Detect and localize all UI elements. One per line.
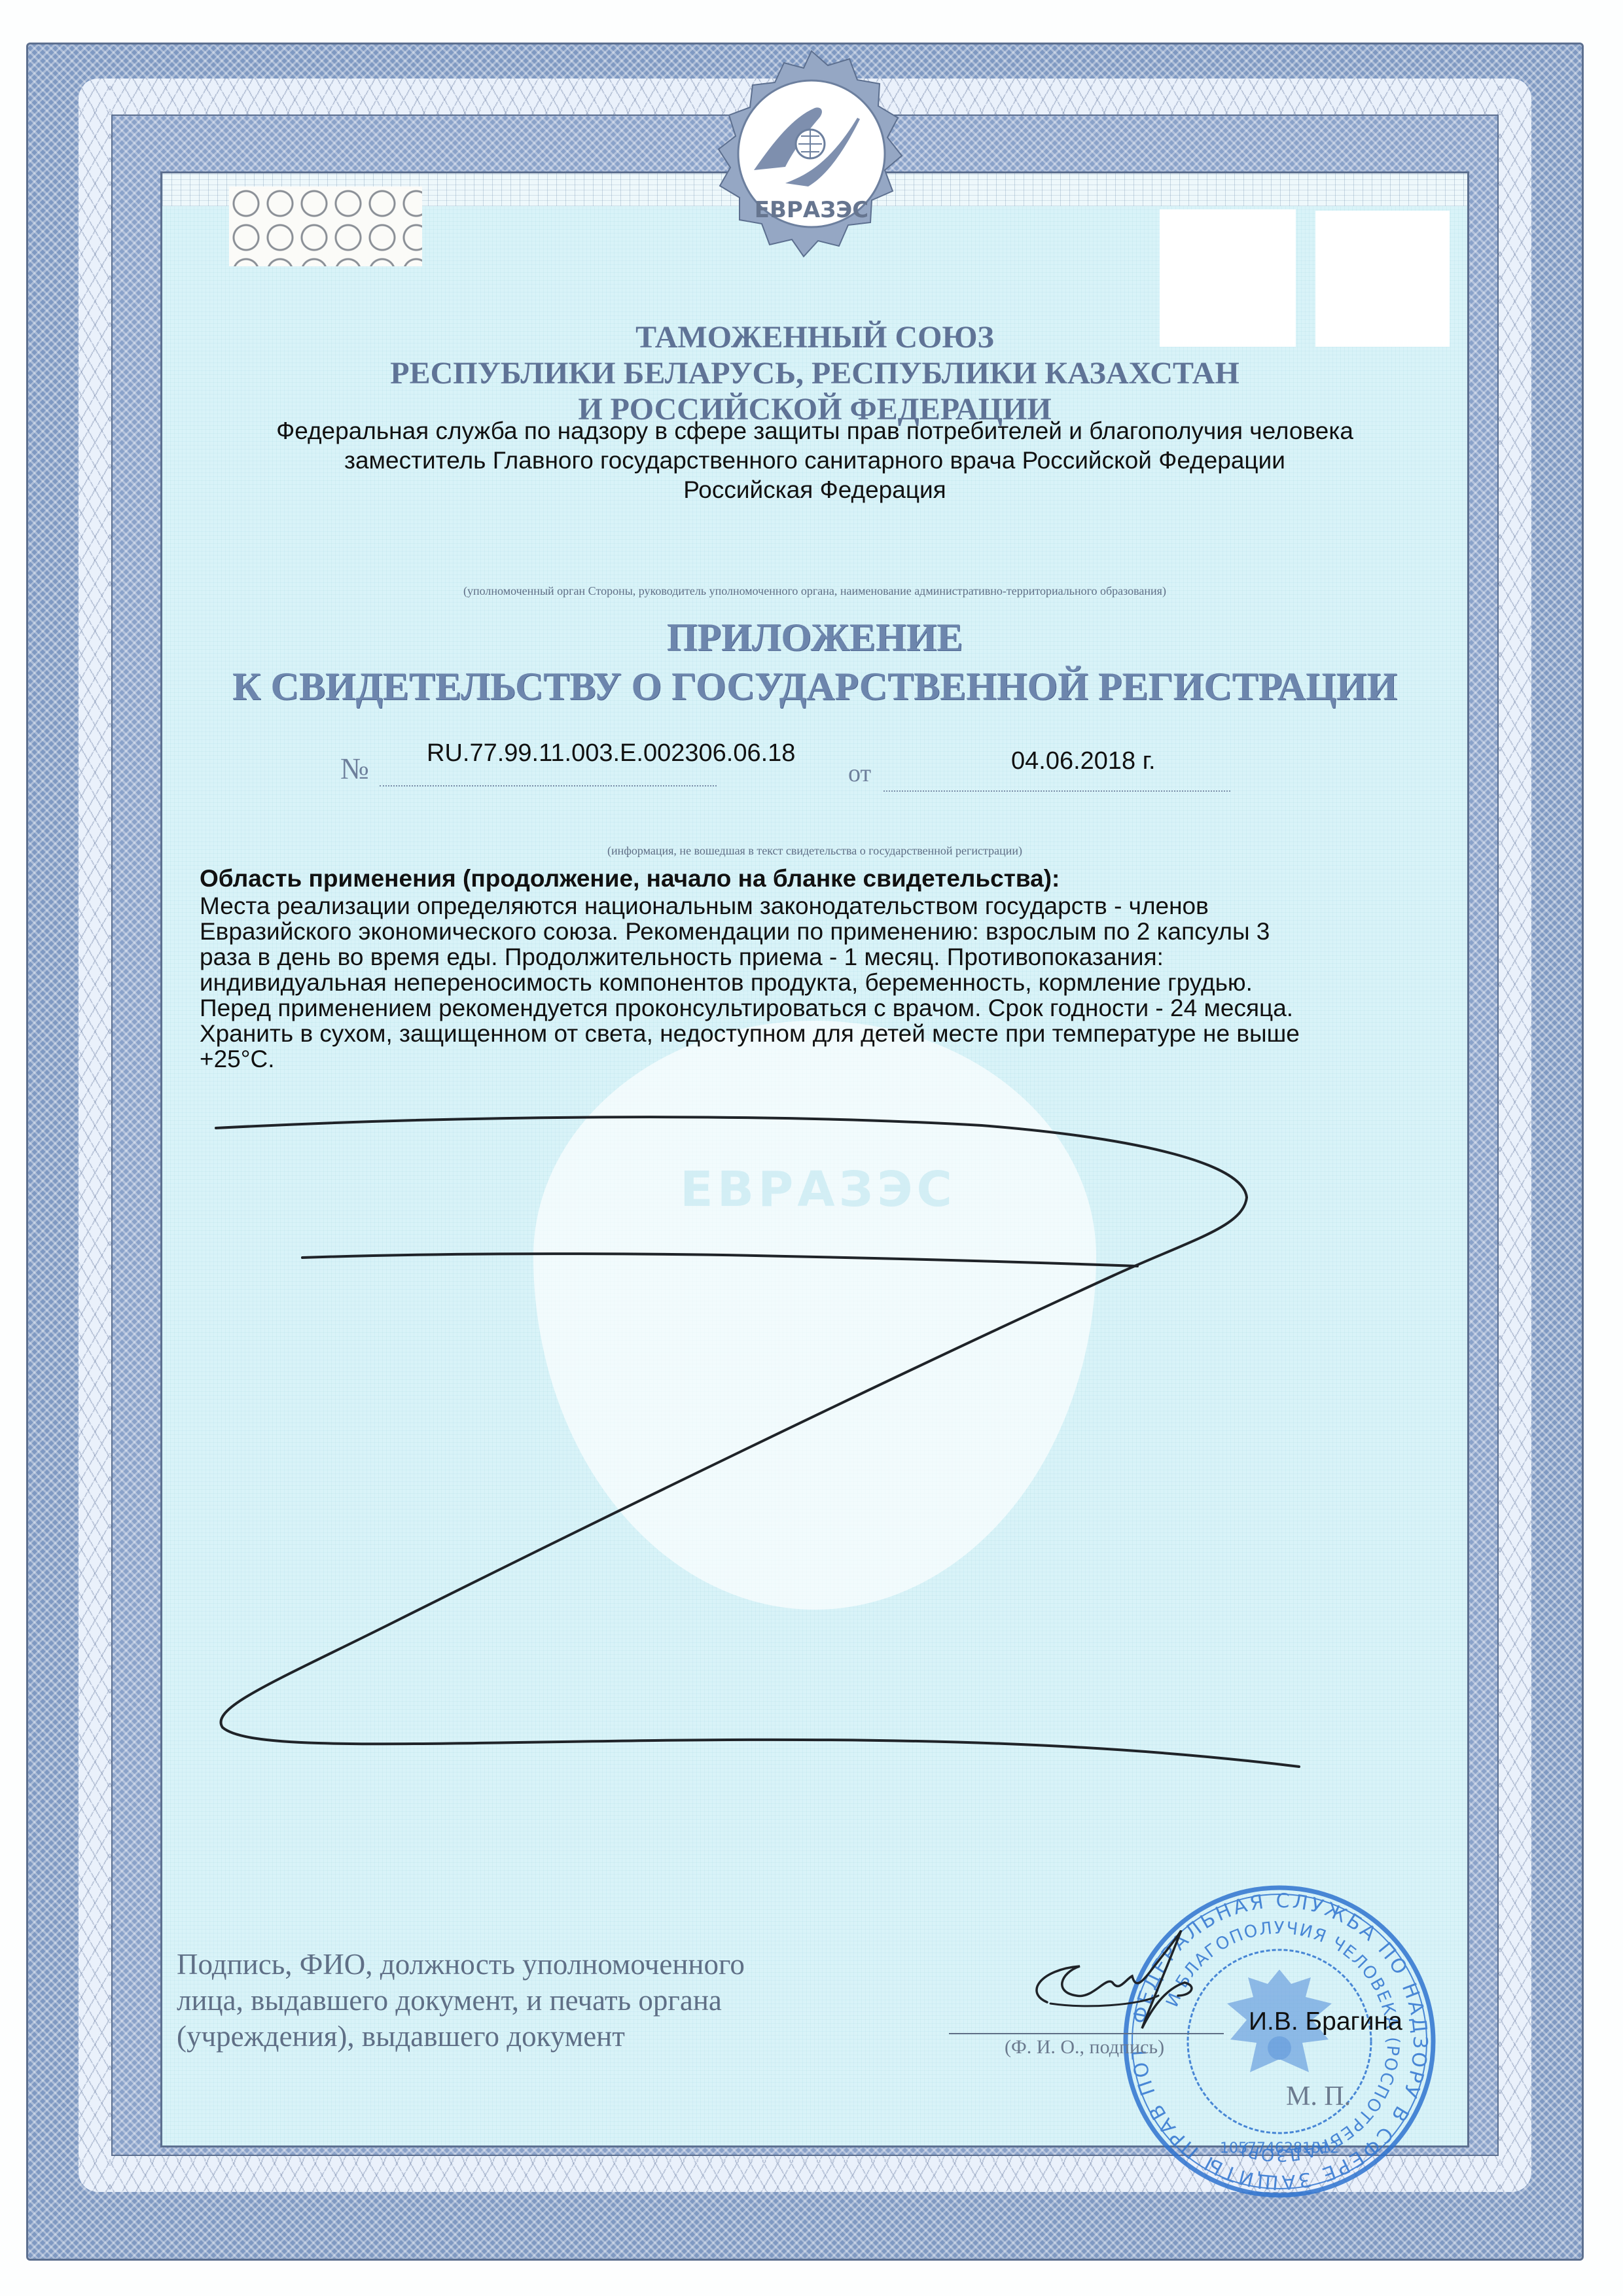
date-label: от bbox=[848, 759, 871, 788]
signature-caption-line: лица, выдавшего документ, и печать орган… bbox=[177, 1983, 883, 2019]
signature-caption: Подпись, ФИО, должность уполномоченного … bbox=[177, 1947, 883, 2055]
certificate-page: ЕВРАЗЭС ЕВРАЗЭС ТАМОЖЕННЫЙ СОЮЗ РЕСПУБЛИ… bbox=[0, 0, 1623, 2296]
eurasec-logo: ЕВРАЗЭС bbox=[694, 46, 929, 281]
scope-line: +25°C. bbox=[200, 1046, 1476, 1072]
date-underline bbox=[883, 790, 1230, 792]
authority-name: Федеральная служба по надзору в сфере за… bbox=[160, 417, 1469, 445]
signature-caption-line: (учреждения), выдавшего документ bbox=[177, 2019, 883, 2055]
scope-line: индивидуальная непереносимость компонент… bbox=[200, 970, 1476, 995]
logo-text: ЕВРАЗЭС bbox=[755, 197, 868, 223]
info-caption: (информация, не вошедшая в текст свидете… bbox=[160, 844, 1469, 858]
authority-officer: заместитель Главного государственного са… bbox=[160, 447, 1469, 474]
scope-line: Евразийского экономического союза. Реком… bbox=[200, 919, 1476, 944]
number-label: № bbox=[340, 751, 369, 786]
seal-place-label: М. П. bbox=[1286, 2081, 1351, 2112]
authority-country: Российская Федерация bbox=[160, 476, 1469, 504]
registration-date: 04.06.2018 г. bbox=[1011, 747, 1156, 775]
document-title: ПРИЛОЖЕНИЕ bbox=[160, 615, 1469, 660]
handwritten-signature bbox=[1021, 1930, 1217, 2035]
document-subtitle: К СВИДЕТЕЛЬСТВУ О ГОСУДАРСТВЕННОЙ РЕГИСТ… bbox=[160, 664, 1469, 709]
registration-line: № RU.77.99.11.003.E.002306.06.18 от 04.0… bbox=[327, 733, 1342, 798]
signature-line-caption: (Ф. И. О., подпись) bbox=[1005, 2036, 1164, 2058]
scope-heading: Область применения (продолжение, начало … bbox=[200, 866, 1476, 891]
scope-line: Хранить в сухом, защищенном от света, не… bbox=[200, 1021, 1476, 1046]
watermark-text: ЕВРАЗЭС bbox=[615, 1161, 1021, 1218]
signature-line bbox=[949, 2033, 1224, 2034]
signature-caption-line: Подпись, ФИО, должность уполномоченного bbox=[177, 1947, 883, 1983]
signer-name: И.В. Брагина bbox=[1249, 2007, 1402, 2036]
official-seal-icon: ФЕДЕРАЛЬНАЯ СЛУЖБА ПО НАДЗОРУ В СФЕРЕ ЗА… bbox=[1116, 1878, 1443, 2205]
number-underline bbox=[380, 785, 717, 786]
scope-line: раза в день во время еды. Продолжительно… bbox=[200, 944, 1476, 970]
authority-caption: (уполномоченный орган Стороны, руководит… bbox=[160, 584, 1469, 598]
header-line-republics: РЕСПУБЛИКИ БЕЛАРУСЬ, РЕСПУБЛИКИ КАЗАХСТА… bbox=[160, 355, 1469, 391]
security-ornament bbox=[229, 186, 422, 266]
scope-section: Область применения (продолжение, начало … bbox=[200, 866, 1476, 1072]
scope-line: Перед применением рекомендуется проконсу… bbox=[200, 995, 1476, 1021]
scope-line: Места реализации определяются национальн… bbox=[200, 893, 1476, 919]
header-line-customs-union: ТАМОЖЕННЫЙ СОЮЗ bbox=[160, 319, 1469, 355]
registration-number: RU.77.99.11.003.E.002306.06.18 bbox=[427, 739, 795, 768]
stamp-number: 1057746281512 bbox=[1220, 2140, 1339, 2157]
eurasec-emblem-icon: ЕВРАЗЭС bbox=[694, 46, 929, 281]
